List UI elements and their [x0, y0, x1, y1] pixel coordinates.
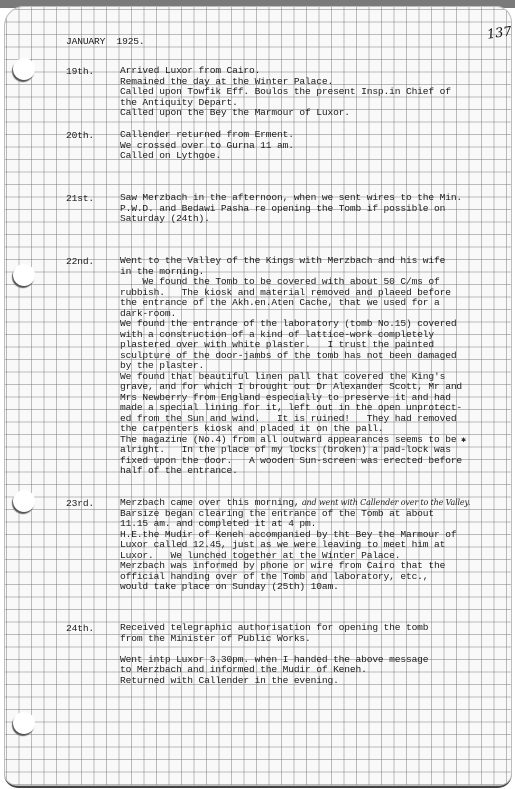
heading-month: JANUARY — [66, 36, 105, 47]
entry-line: Received telegraphic authorisation for o… — [120, 623, 510, 634]
entry-line: plastered over with white plaster. I tru… — [120, 340, 510, 351]
entry-line: made a special lining for it, left out i… — [120, 403, 510, 414]
page-number: 137 — [486, 24, 513, 42]
entry-line: Arrived Luxor from Cairo. — [120, 66, 510, 77]
punch-hole — [13, 712, 35, 734]
entry-date: 20th. — [66, 130, 94, 141]
heading-year: 1925. — [116, 36, 144, 47]
entry-line: 11.15 am. and completed it at 4 pm. — [120, 519, 510, 530]
entry-line: Called upon the Bey the Marmour of Luxor… — [120, 108, 510, 119]
entry-body: Saw Merzbach in the afternoon, when we s… — [120, 193, 510, 225]
entry-line: Saw Merzbach in the afternoon, when we s… — [120, 193, 510, 204]
handwritten-note: and went with Callender over to the Vall… — [299, 498, 470, 507]
entry-line: alright. In the place of my locks (broke… — [120, 445, 510, 456]
entry-date: 21st. — [66, 193, 94, 204]
entry-body: Callender returned from Erment.We crosse… — [120, 130, 510, 162]
entry-line: the entrance of the Akh.en.Aten Cache, t… — [120, 298, 510, 309]
entry-line: Went to the Valley of the Kings with Mer… — [120, 256, 510, 267]
entry-line: Luxor called 12.45, just as we were leav… — [120, 540, 510, 551]
entry-line: the carpenters kiosk and placed it on th… — [120, 424, 510, 435]
entry-line: from the Minister of Public Works. — [120, 634, 510, 645]
entry-date: 23rd. — [66, 498, 94, 509]
entry-line: half of the entrance. — [120, 466, 510, 477]
entry-line: Called on Lythgoe. — [120, 151, 510, 162]
entry-body: Received telegraphic authorisation for o… — [120, 623, 510, 686]
margin-mark: ✱ — [456, 436, 465, 445]
entry-line: to Merzbach and informed the Mudir of Ke… — [120, 665, 510, 676]
entry-date: 22nd. — [66, 256, 94, 267]
entry-line: Saturday (24th). — [120, 214, 510, 225]
entry-line: We found the Tomb to be covered with abo… — [120, 277, 510, 288]
page-heading: JANUARY 1925. — [66, 36, 145, 47]
entry-body: Merzbach came over this morning, and wen… — [120, 498, 510, 593]
entry-date: 24th. — [66, 623, 94, 634]
entry-line: by the plaster. — [120, 361, 510, 372]
punch-hole — [13, 264, 35, 286]
entry-line: We found the entrance of the laboratory … — [120, 319, 510, 330]
entry-line: Merzbach was informed by phone or wire f… — [120, 561, 510, 572]
entry-date: 19th. — [66, 66, 94, 77]
entry-line: Callender returned from Erment. — [120, 130, 510, 141]
entry-body: Arrived Luxor from Cairo.Remained the da… — [120, 66, 510, 119]
entry-line: Called upon Towfik Eff. Boulos the prese… — [120, 87, 510, 98]
entry-line: grave, and for which I brought out Dr Al… — [120, 382, 510, 393]
entry-line: Merzbach came over this morning, and wen… — [120, 498, 510, 509]
punch-hole — [13, 58, 35, 80]
entry-body: Went to the Valley of the Kings with Mer… — [120, 256, 510, 477]
entry-line: would take place on Sunday (25th) 10am. — [120, 582, 510, 593]
entry-line: Returned with Callender in the evening. — [120, 676, 510, 687]
punch-hole — [13, 490, 35, 512]
entry-line — [120, 644, 510, 655]
